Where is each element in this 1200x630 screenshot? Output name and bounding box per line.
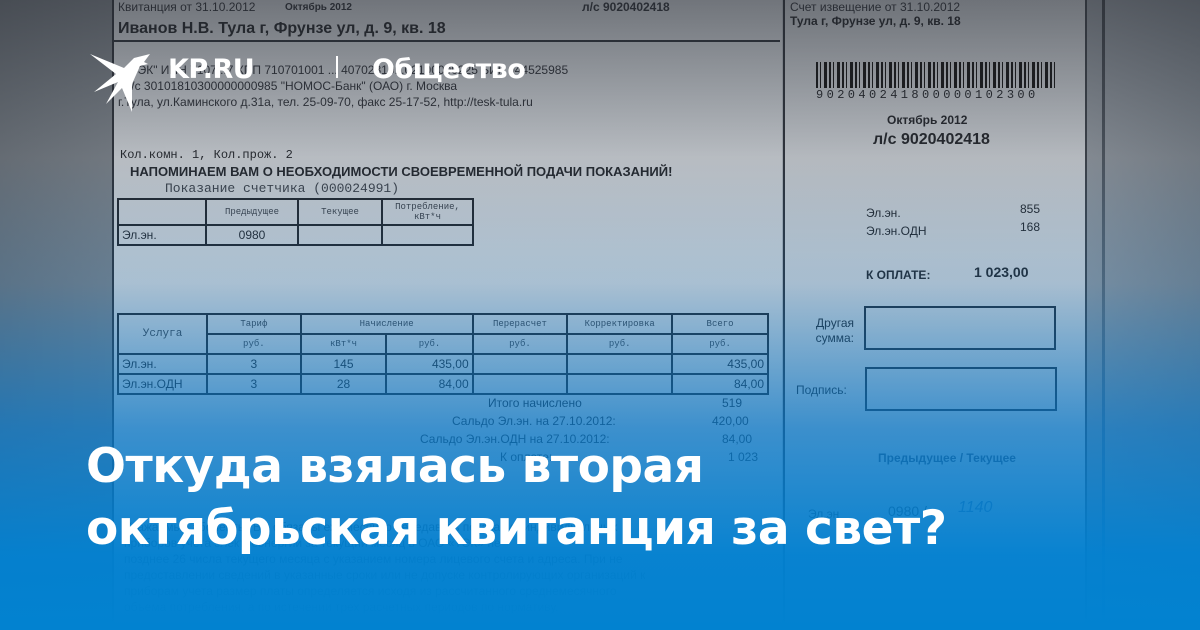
section-name[interactable]: Общество bbox=[372, 54, 525, 85]
site-name[interactable]: KP.RU bbox=[168, 54, 254, 85]
brand-separator bbox=[336, 56, 338, 78]
article-headline[interactable]: Откуда взялась вторая октябрьская квитан… bbox=[86, 436, 1086, 560]
article-preview-card: Квитанция от 31.10.2012 Октябрь 2012 л/с… bbox=[0, 0, 1200, 630]
headline-line-2: октябрьская квитанция за свет? bbox=[86, 498, 1086, 560]
swallow-bird-icon[interactable] bbox=[88, 48, 160, 112]
headline-line-1: Откуда взялась вторая bbox=[86, 436, 1086, 498]
site-header: KP.RU Общество bbox=[88, 48, 160, 112]
